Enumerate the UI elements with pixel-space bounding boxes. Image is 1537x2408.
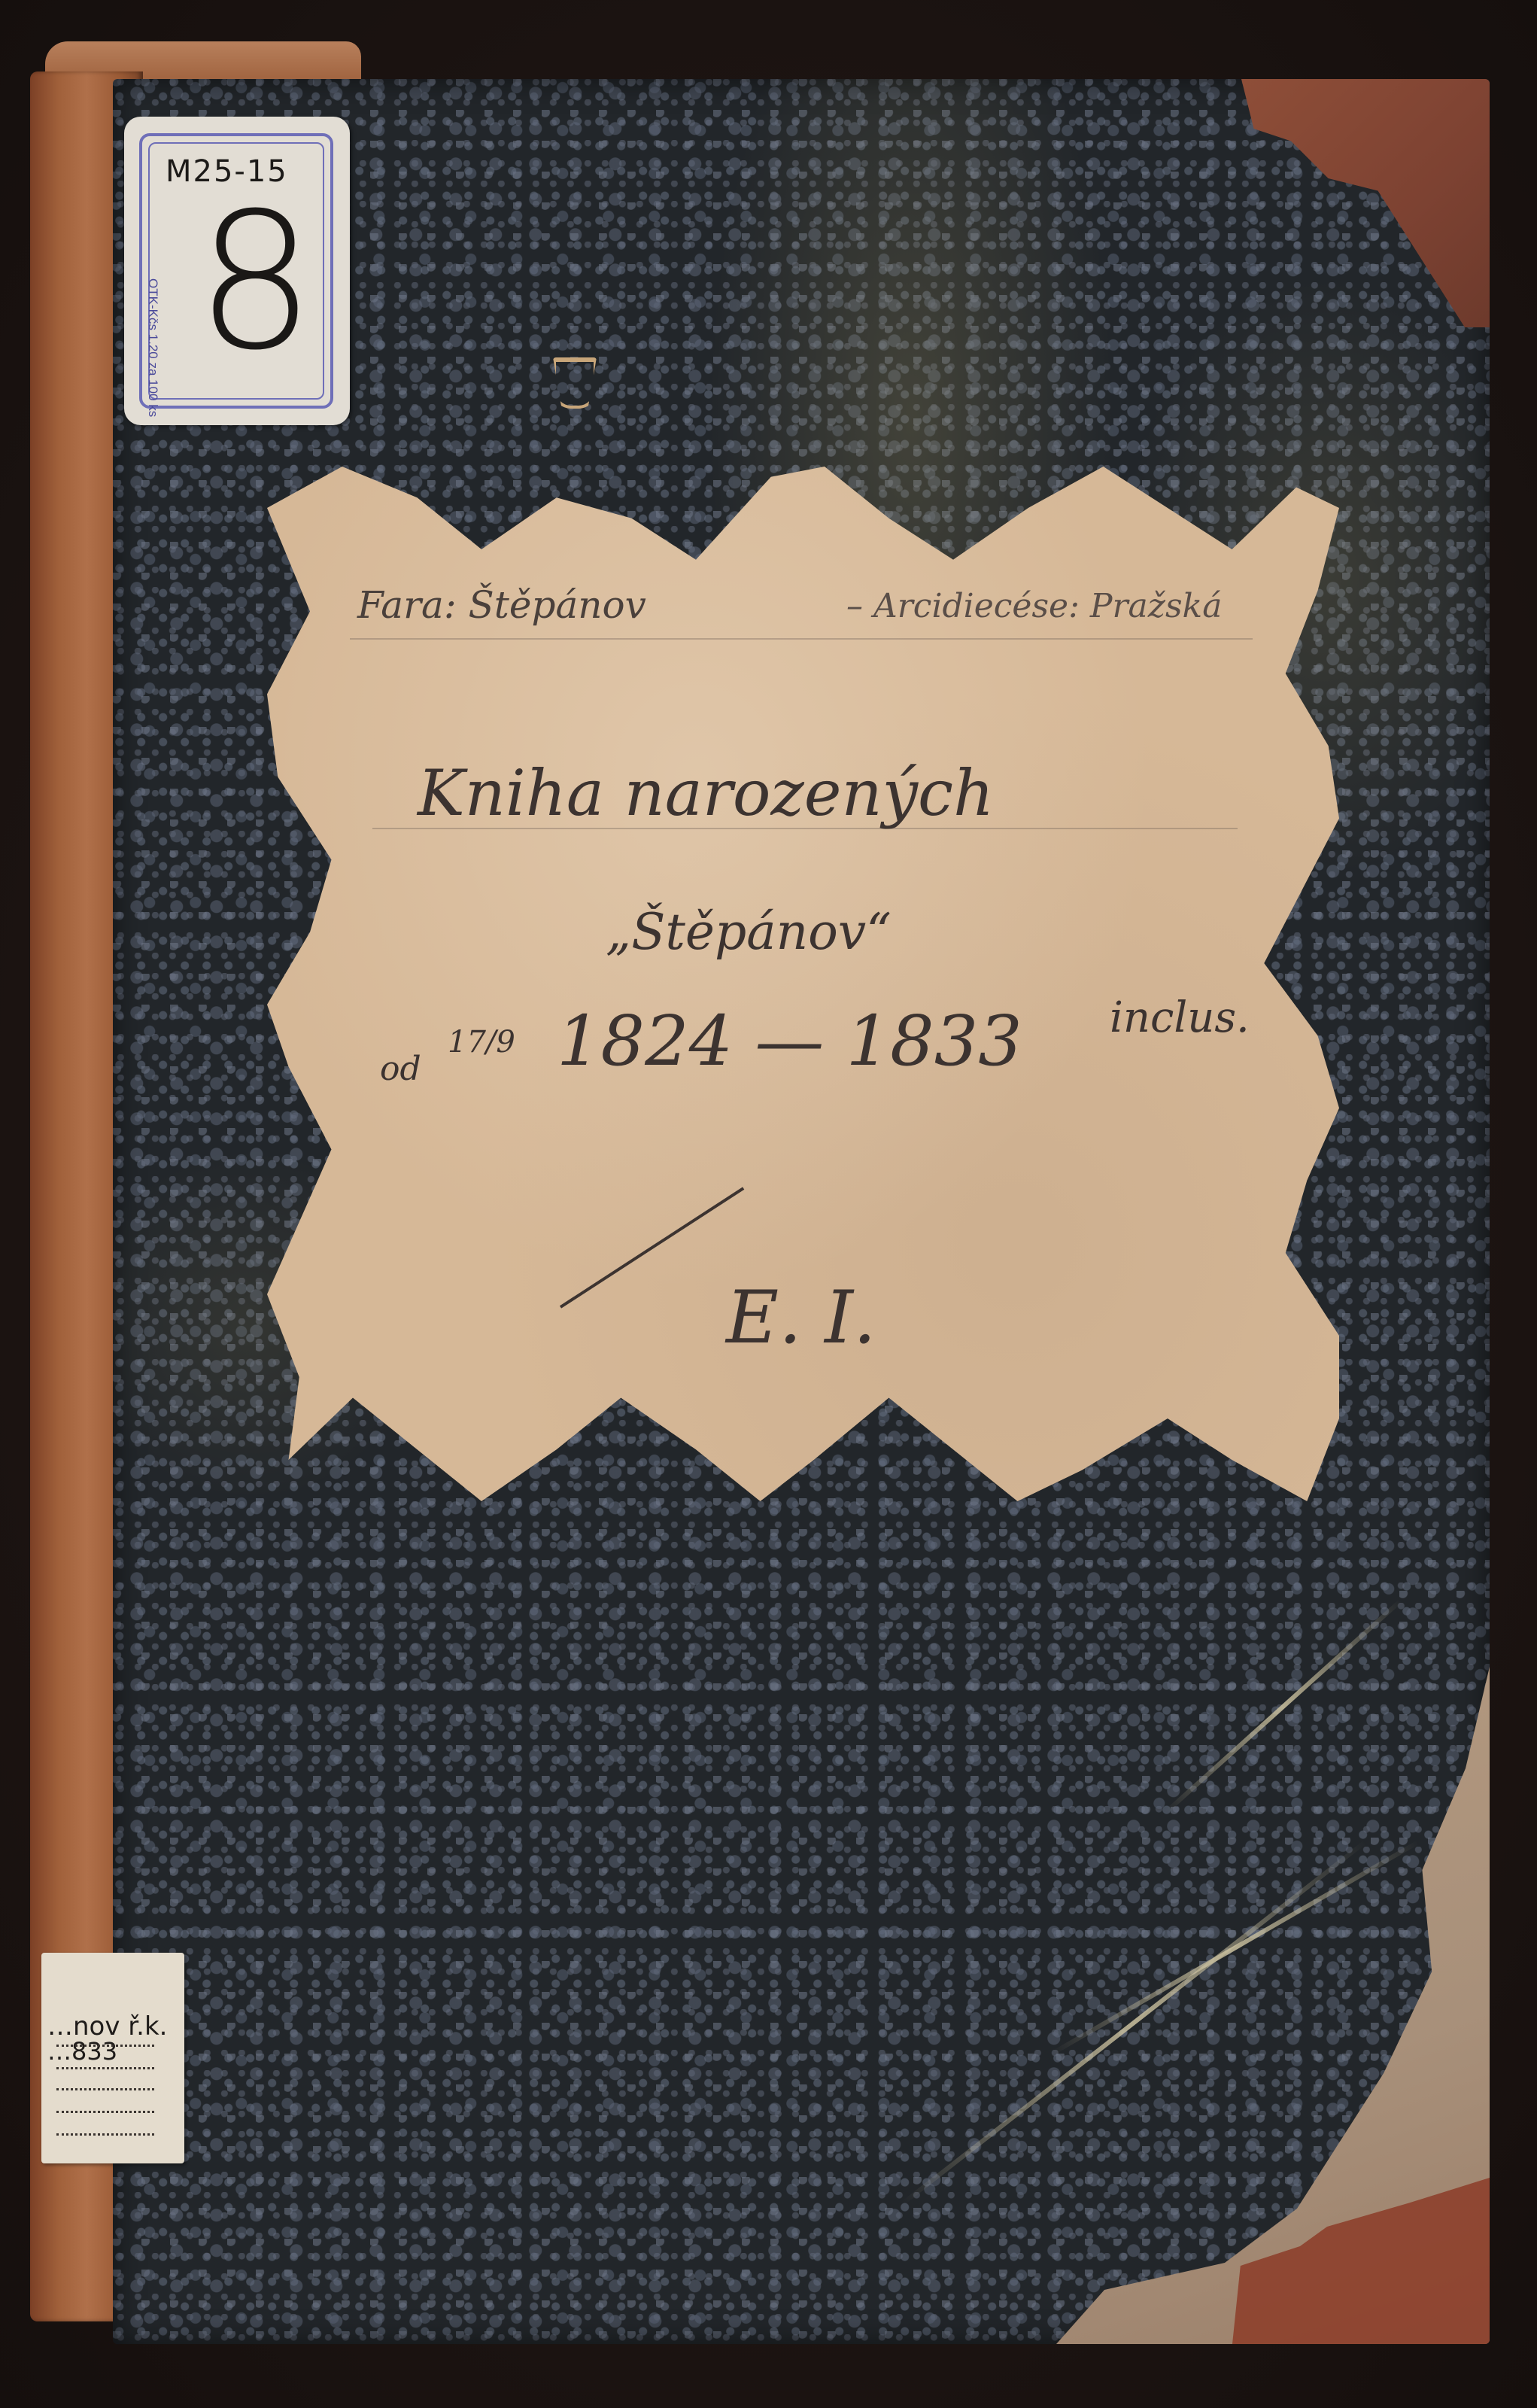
spine-label-line-2: …833 bbox=[47, 2037, 117, 2066]
dotted-line bbox=[56, 2133, 154, 2136]
dotted-line bbox=[56, 2067, 154, 2069]
book-title: Kniha narozených bbox=[418, 756, 994, 830]
spine-label: …nov ř.k. …833 bbox=[41, 1953, 184, 2163]
date-suffix: inclus. bbox=[1110, 993, 1250, 1042]
date-range: 1824 — 1833 bbox=[557, 1001, 1022, 1081]
ruled-line bbox=[350, 638, 1253, 640]
dotted-line bbox=[56, 2088, 154, 2090]
volume-mark: E. I. bbox=[726, 1275, 876, 1360]
date-fraction: 17/9 bbox=[448, 1025, 515, 1060]
catalogue-label: M25-15 8 OTK-Kčs 1.20 za 100 ks bbox=[124, 117, 350, 425]
dotted-line bbox=[56, 2111, 154, 2113]
dotted-line bbox=[56, 2045, 154, 2047]
date-prefix: od bbox=[380, 1050, 421, 1088]
title-label: Fara: Štěpánov – Arcidiecése: Pražská Kn… bbox=[267, 467, 1339, 1501]
place-name: „Štěpánov“ bbox=[606, 903, 892, 961]
volume-mark-stroke bbox=[560, 1187, 744, 1308]
catalogue-number: 8 bbox=[196, 188, 293, 376]
diocese-line: – Arcidiecése: Pražská bbox=[846, 587, 1222, 625]
label-printed-text: OTK-Kčs 1.20 za 100 ks bbox=[145, 278, 160, 417]
parish-line: Fara: Štěpánov bbox=[357, 583, 646, 627]
